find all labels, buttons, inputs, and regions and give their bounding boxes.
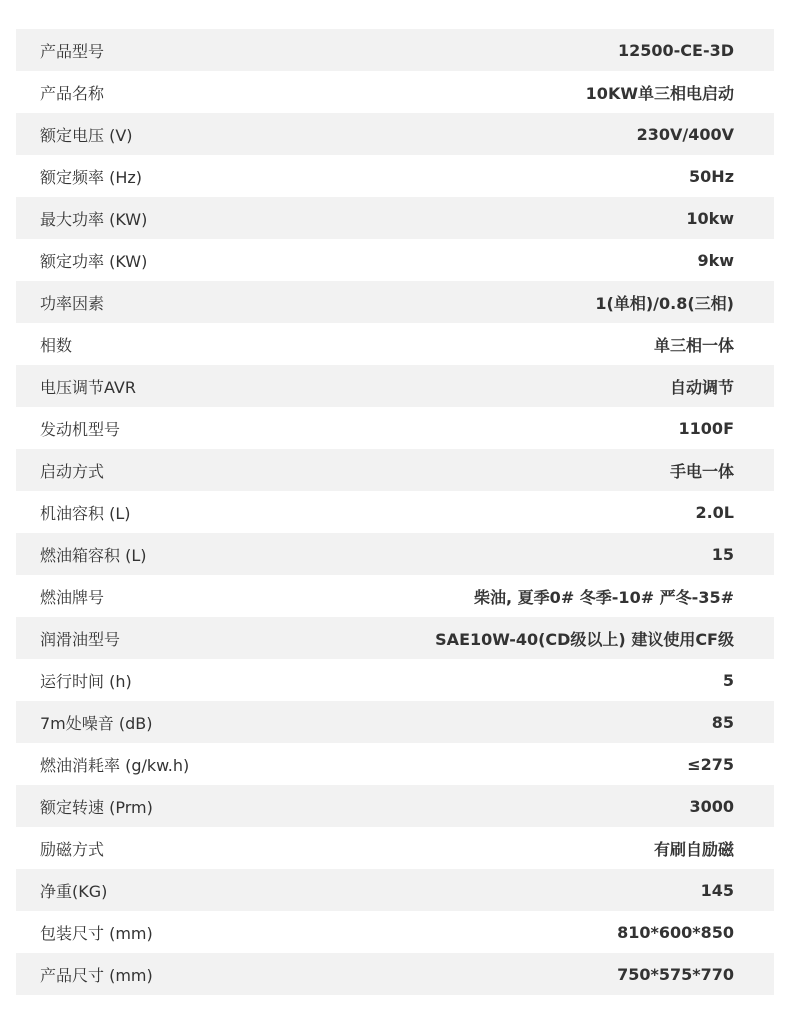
- spec-value: 1(单相)/0.8(三相): [595, 291, 734, 314]
- spec-value: 有刷自励磁: [654, 837, 734, 860]
- spec-value: 自动调节: [670, 375, 734, 398]
- spec-label: 产品型号: [40, 39, 104, 62]
- spec-value: 3000: [689, 797, 734, 816]
- spec-row: 燃油牌号柴油, 夏季0# 冬季-10# 严冬-35#: [16, 575, 774, 617]
- spec-row: 发动机型号1100F: [16, 407, 774, 449]
- spec-label: 功率因素: [40, 291, 104, 314]
- spec-row: 产品尺寸 (mm)750*575*770: [16, 953, 774, 995]
- spec-value: 230V/400V: [637, 125, 734, 144]
- spec-row: 相数单三相一体: [16, 323, 774, 365]
- spec-label: 包装尺寸 (mm): [40, 921, 153, 944]
- spec-value: ≤275: [687, 755, 734, 774]
- spec-label: 励磁方式: [40, 837, 104, 860]
- spec-label: 额定转速 (Prm): [40, 795, 153, 818]
- spec-row: 启动方式手电一体: [16, 449, 774, 491]
- spec-value: 5: [723, 671, 734, 690]
- spec-value: 手电一体: [670, 459, 734, 482]
- spec-value: 85: [712, 713, 734, 732]
- spec-value: 10KW单三相电启动: [586, 81, 734, 104]
- spec-label: 7m处噪音 (dB): [40, 711, 152, 734]
- spec-label: 燃油箱容积 (L): [40, 543, 147, 566]
- spec-row: 7m处噪音 (dB)85: [16, 701, 774, 743]
- spec-value: 2.0L: [695, 503, 734, 522]
- spec-value: 145: [701, 881, 734, 900]
- spec-row: 运行时间 (h)5: [16, 659, 774, 701]
- spec-row: 励磁方式有刷自励磁: [16, 827, 774, 869]
- spec-label: 燃油牌号: [40, 585, 104, 608]
- spec-label: 产品尺寸 (mm): [40, 963, 153, 986]
- spec-label: 额定电压 (V): [40, 123, 133, 146]
- spec-row: 功率因素1(单相)/0.8(三相): [16, 281, 774, 323]
- spec-label: 发动机型号: [40, 417, 120, 440]
- spec-row: 机油容积 (L)2.0L: [16, 491, 774, 533]
- spec-label: 运行时间 (h): [40, 669, 132, 692]
- spec-label: 额定功率 (KW): [40, 249, 147, 272]
- spec-label: 电压调节AVR: [40, 375, 136, 398]
- spec-value: 9kw: [697, 251, 734, 270]
- spec-value: 10kw: [686, 209, 734, 228]
- spec-row: 额定电压 (V)230V/400V: [16, 113, 774, 155]
- spec-value: 50Hz: [689, 167, 734, 186]
- spec-row: 电压调节AVR自动调节: [16, 365, 774, 407]
- spec-row: 额定功率 (KW)9kw: [16, 239, 774, 281]
- spec-value: 12500-CE-3D: [618, 41, 734, 60]
- spec-value: 750*575*770: [617, 965, 734, 984]
- spec-label: 相数: [40, 333, 72, 356]
- spec-label: 额定频率 (Hz): [40, 165, 142, 188]
- spec-table: 产品型号12500-CE-3D产品名称10KW单三相电启动额定电压 (V)230…: [16, 29, 774, 995]
- spec-row: 额定频率 (Hz)50Hz: [16, 155, 774, 197]
- spec-row: 燃油消耗率 (g/kw.h)≤275: [16, 743, 774, 785]
- spec-value: 1100F: [679, 419, 734, 438]
- spec-value: 810*600*850: [617, 923, 734, 942]
- spec-value: 15: [712, 545, 734, 564]
- spec-row: 产品名称10KW单三相电启动: [16, 71, 774, 113]
- spec-row: 润滑油型号SAE10W-40(CD级以上) 建议使用CF级: [16, 617, 774, 659]
- spec-row: 产品型号12500-CE-3D: [16, 29, 774, 71]
- spec-label: 机油容积 (L): [40, 501, 131, 524]
- spec-value: SAE10W-40(CD级以上) 建议使用CF级: [435, 627, 734, 650]
- spec-row: 净重(KG)145: [16, 869, 774, 911]
- spec-label: 最大功率 (KW): [40, 207, 147, 230]
- spec-label: 燃油消耗率 (g/kw.h): [40, 753, 189, 776]
- spec-row: 燃油箱容积 (L)15: [16, 533, 774, 575]
- spec-value: 单三相一体: [654, 333, 734, 356]
- spec-label: 润滑油型号: [40, 627, 120, 650]
- spec-row: 包装尺寸 (mm)810*600*850: [16, 911, 774, 953]
- spec-label: 启动方式: [40, 459, 104, 482]
- spec-label: 净重(KG): [40, 879, 107, 902]
- spec-value: 柴油, 夏季0# 冬季-10# 严冬-35#: [474, 585, 734, 608]
- spec-row: 额定转速 (Prm)3000: [16, 785, 774, 827]
- spec-row: 最大功率 (KW)10kw: [16, 197, 774, 239]
- spec-label: 产品名称: [40, 81, 104, 104]
